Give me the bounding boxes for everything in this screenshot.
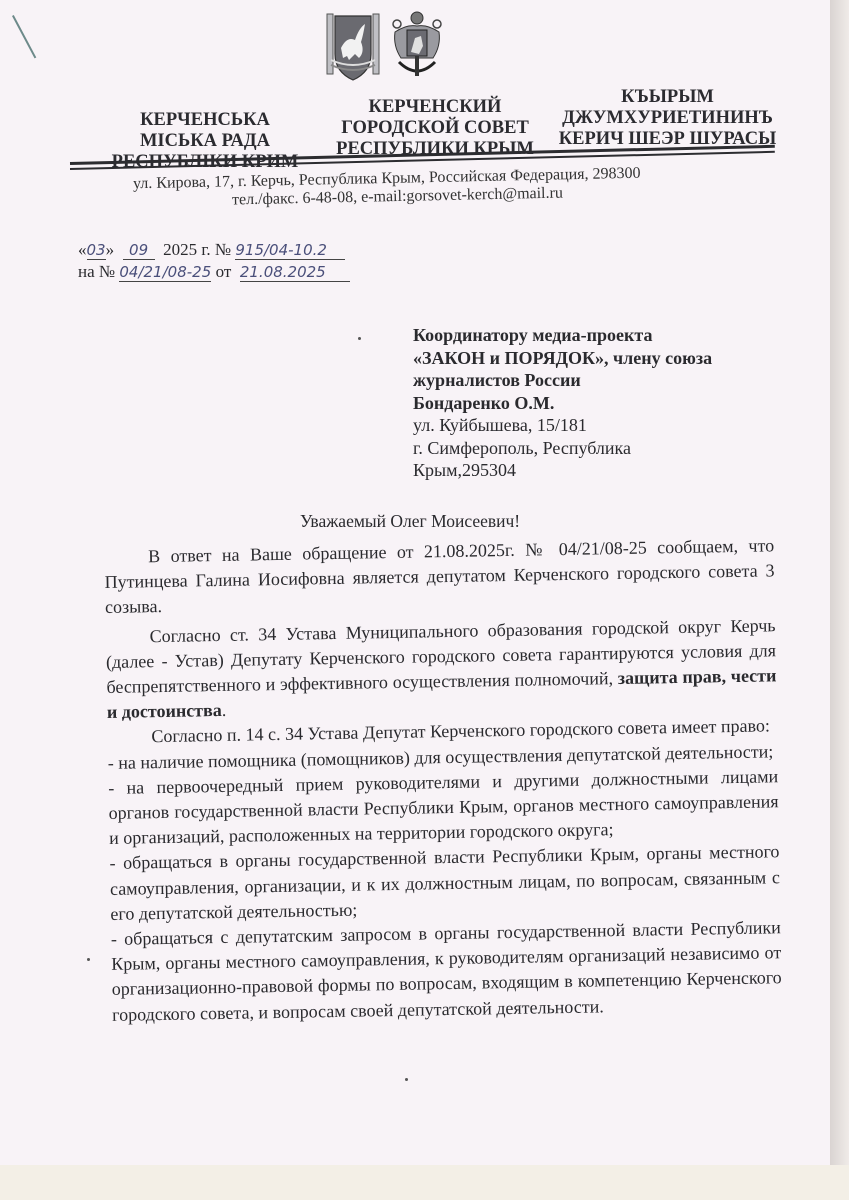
body-paragraph-1: В ответ на Ваше обращение от 21.08.2025г… — [104, 533, 775, 620]
outgoing-day: 03 — [87, 241, 106, 260]
in-reply-label: на № — [78, 262, 115, 281]
quote-open: « — [78, 240, 87, 259]
recipient-city: г. Симферополь, Республика — [413, 437, 712, 460]
page-edge-right — [830, 0, 849, 1200]
recipient-street: ул. Куйбышева, 15/181 — [413, 414, 712, 437]
incoming-reference: на № 04/21/08-25 от 21.08.2025 — [78, 262, 350, 282]
recipient-project: «ЗАКОН и ПОРЯДОК», члену союза — [413, 347, 712, 370]
emblems — [325, 10, 445, 82]
incoming-number: 04/21/08-25 — [119, 263, 211, 282]
p2-end: . — [222, 700, 227, 720]
rights-item: - обращаться с депутатским запросом в ор… — [111, 915, 783, 1027]
org-rus-line: КЕРЧЕНСКИЙ — [335, 97, 535, 118]
incoming-date: 21.08.2025 — [240, 263, 350, 282]
org-rus-line: ГОРОДСКОЙ СОВЕТ — [335, 118, 535, 139]
recipient-zip: Крым,295304 — [413, 459, 712, 482]
outgoing-reference: «03» 09 2025 г. № 915/04-10.2 — [78, 240, 345, 260]
letter-body: В ответ на Ваше обращение от 21.08.2025г… — [104, 533, 782, 1027]
from-label: от — [216, 262, 232, 281]
org-name-crimean-tatar: КЪЫРЫМ ДЖУМХУРИЕТИНИНЪ КЕРИЧ ШЕЭР ШУРАСЫ — [555, 87, 780, 150]
scan-speck — [87, 958, 90, 961]
salutation: Уважаемый Олег Моисеевич! — [300, 511, 520, 532]
letter-page: КЕРЧЕНСЬКА МІСЬКА РАДА РЕСПУБЛІКИ КРИМ К… — [0, 0, 830, 1165]
crimea-coat-of-arms-icon — [325, 10, 381, 82]
year-label: 2025 г. № — [163, 240, 231, 259]
org-ukr-line: МІСЬКА РАДА — [110, 131, 300, 152]
org-tat-line: КЪЫРЫМ — [555, 87, 780, 108]
recipient-name: Бондаренко О.М. — [413, 392, 712, 415]
outgoing-month: 09 — [123, 241, 155, 260]
body-paragraph-2: Согласно ст. 34 Устава Муниципального об… — [105, 613, 777, 725]
outgoing-number: 915/04-10.2 — [235, 241, 345, 260]
rights-item: - на первоочередный прием руководителями… — [108, 764, 779, 851]
staple-mark — [12, 15, 36, 58]
org-ukr-line: КЕРЧЕНСЬКА — [110, 110, 300, 131]
recipient-block: Координатору медиа-проекта «ЗАКОН и ПОРЯ… — [413, 324, 712, 482]
kerch-coat-of-arms-icon — [389, 10, 445, 82]
page-edge-bottom — [0, 1165, 849, 1200]
recipient-union: журналистов России — [413, 369, 712, 392]
scan-speck — [358, 337, 361, 340]
recipient-title: Координатору медиа-проекта — [413, 324, 712, 347]
org-tat-line: ДЖУМХУРИЕТИНИНЪ — [555, 108, 780, 129]
scan-speck — [405, 1078, 408, 1081]
rights-item: - обращаться в органы государственной вл… — [109, 840, 780, 927]
quote-close: » — [106, 240, 115, 259]
